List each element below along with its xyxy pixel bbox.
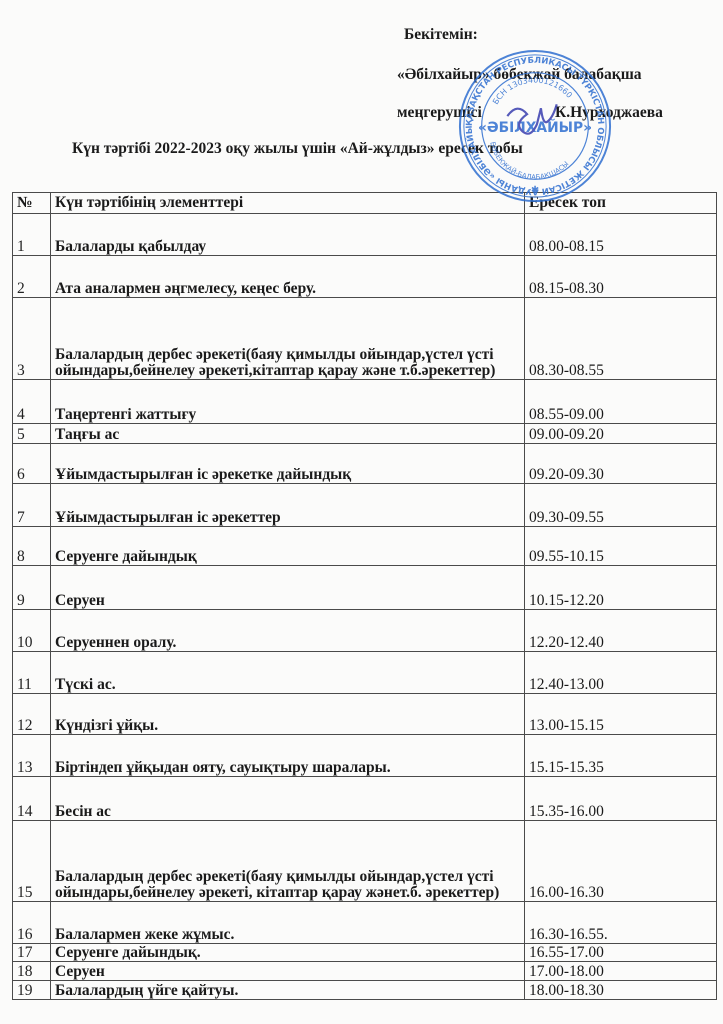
- table-row: 12Күндізгі ұйқы.13.00-15.15: [13, 694, 717, 735]
- row-time: 09.55-10.15: [525, 527, 717, 566]
- table-row: 6Ұйымдастырылған іс әрекетке дайындық09.…: [13, 444, 717, 484]
- row-activity: Балалармен жеке жұмыс.: [51, 902, 525, 944]
- row-number: 18: [13, 962, 51, 981]
- row-number: 14: [13, 777, 51, 821]
- approval-position: меңгерушісі: [397, 104, 482, 122]
- row-activity: Күндізгі ұйқы.: [51, 694, 525, 735]
- row-activity: Ата аналармен әңгмелесу, кеңес беру.: [51, 256, 525, 298]
- table-row: 7Ұйымдастырылған іс әрекеттер09.30-09.55: [13, 484, 717, 527]
- row-activity: Серуен: [51, 566, 525, 610]
- table-row: 5Таңғы ас09.00-09.20: [13, 424, 717, 444]
- row-number: 12: [13, 694, 51, 735]
- row-activity: Ұйымдастырылған іс әрекеттер: [51, 484, 525, 527]
- table-row: 14Бесін ас15.35-16.00: [13, 777, 717, 821]
- row-number: 5: [13, 424, 51, 444]
- row-time: 08.30-08.55: [525, 298, 717, 380]
- table-row: 3Балалардың дербес әрекеті(баяу қимылды …: [13, 298, 717, 380]
- row-time: 12.40-13.00: [525, 652, 717, 694]
- row-number: 4: [13, 380, 51, 424]
- row-activity: Таңғы ас: [51, 424, 525, 444]
- table-row: 17Серуенге дайындық.16.55-17.00: [13, 944, 717, 962]
- table-row: 10Серуеннен оралу.12.20-12.40: [13, 610, 717, 652]
- row-time: 09.30-09.55: [525, 484, 717, 527]
- row-number: 6: [13, 444, 51, 484]
- row-number: 17: [13, 944, 51, 962]
- row-time: 10.15-12.20: [525, 566, 717, 610]
- table-row: 1Балаларды қабылдау08.00-08.15: [13, 214, 717, 256]
- row-activity: Бесін ас: [51, 777, 525, 821]
- row-activity: Балаларды қабылдау: [51, 214, 525, 256]
- table-row: 18Серуен17.00-18.00: [13, 962, 717, 981]
- row-activity: Серуен: [51, 962, 525, 981]
- row-number: 9: [13, 566, 51, 610]
- row-number: 13: [13, 735, 51, 777]
- table-row: 19Балалардың үйге қайтуы.18.00-18.30: [13, 981, 717, 1000]
- row-activity: Түскі ас.: [51, 652, 525, 694]
- row-activity: Біртіндеп ұйқыдан ояту, сауықтыру шарала…: [51, 735, 525, 777]
- table-row: 2Ата аналармен әңгмелесу, кеңес беру.08.…: [13, 256, 717, 298]
- row-number: 2: [13, 256, 51, 298]
- row-time: 15.35-16.00: [525, 777, 717, 821]
- row-number: 7: [13, 484, 51, 527]
- row-time: 16.00-16.30: [525, 821, 717, 902]
- table-row: 4Таңертенгі жаттығу08.55-09.00: [13, 380, 717, 424]
- row-time: 08.00-08.15: [525, 214, 717, 256]
- table-row: 15Балалардың дербес әрекеті(баяу қимылды…: [13, 821, 717, 902]
- row-activity: Таңертенгі жаттығу: [51, 380, 525, 424]
- header-number: №: [13, 193, 51, 214]
- schedule-table: № Күн тәртібінің элементтері Ересек топ …: [12, 192, 717, 1000]
- signature-icon: [507, 104, 556, 133]
- row-number: 16: [13, 902, 51, 944]
- row-number: 1: [13, 214, 51, 256]
- table-header-row: № Күн тәртібінің элементтері Ересек топ: [13, 193, 717, 214]
- row-number: 19: [13, 981, 51, 1000]
- row-time: 08.15-08.30: [525, 256, 717, 298]
- row-activity: Серуенге дайындық.: [51, 944, 525, 962]
- approval-title: Бекітемін:: [404, 26, 478, 44]
- row-number: 3: [13, 298, 51, 380]
- approval-signatory-name: К.Нурходжаева: [555, 104, 663, 122]
- row-number: 11: [13, 652, 51, 694]
- row-time: 08.55-09.00: [525, 380, 717, 424]
- row-number: 15: [13, 821, 51, 902]
- header-time: Ересек топ: [525, 193, 717, 214]
- row-activity: Балалардың дербес әрекеті(баяу қимылды о…: [51, 821, 525, 902]
- table-row: 9Серуен10.15-12.20: [13, 566, 717, 610]
- document-title: Күн тәртібі 2022-2023 оқу жылы үшін «Ай-…: [72, 140, 523, 158]
- row-time: 16.55-17.00: [525, 944, 717, 962]
- row-time: 17.00-18.00: [525, 962, 717, 981]
- row-activity: Балалардың үйге қайтуы.: [51, 981, 525, 1000]
- row-time: 16.30-16.55.: [525, 902, 717, 944]
- table-row: 13Біртіндеп ұйқыдан ояту, сауықтыру шара…: [13, 735, 717, 777]
- row-time: 09.20-09.30: [525, 444, 717, 484]
- approval-organization: «Әбілхайыр» бөбекжай балабақша: [397, 66, 642, 84]
- row-activity: Балалардың дербес әрекеті(баяу қимылды о…: [51, 298, 525, 380]
- table-row: 11Түскі ас.12.40-13.00: [13, 652, 717, 694]
- header-activity: Күн тәртібінің элементтері: [51, 193, 525, 214]
- row-time: 15.15-15.35: [525, 735, 717, 777]
- table-row: 16Балалармен жеке жұмыс.16.30-16.55.: [13, 902, 717, 944]
- row-time: 18.00-18.30: [525, 981, 717, 1000]
- row-activity: Серуенге дайындық: [51, 527, 525, 566]
- row-number: 10: [13, 610, 51, 652]
- row-number: 8: [13, 527, 51, 566]
- row-activity: Серуеннен оралу.: [51, 610, 525, 652]
- table-row: 8Серуенге дайындық09.55-10.15: [13, 527, 717, 566]
- row-time: 12.20-12.40: [525, 610, 717, 652]
- row-time: 13.00-15.15: [525, 694, 717, 735]
- row-time: 09.00-09.20: [525, 424, 717, 444]
- row-activity: Ұйымдастырылған іс әрекетке дайындық: [51, 444, 525, 484]
